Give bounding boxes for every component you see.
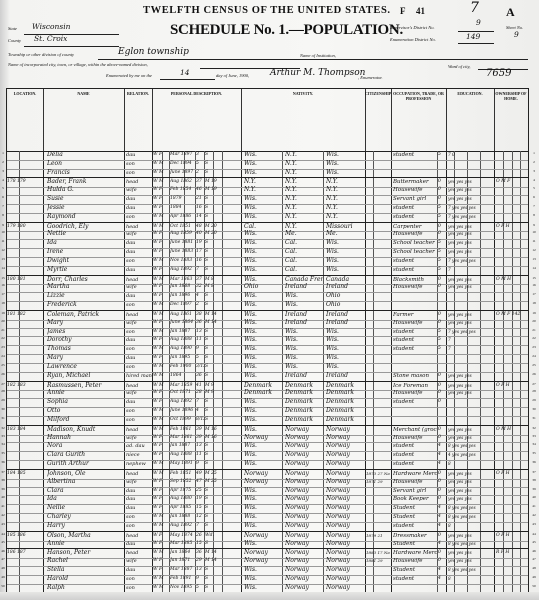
marital-status: M 19 bbox=[205, 186, 222, 194]
person-name: Nettie bbox=[47, 230, 123, 238]
education: 8 bbox=[448, 575, 494, 583]
home-ownership bbox=[496, 160, 528, 168]
line-number-right: 11 bbox=[530, 239, 538, 243]
birthplace: Wis. bbox=[244, 319, 282, 327]
birth-date: Apr 1875 bbox=[170, 487, 195, 495]
dwelling-number bbox=[7, 522, 43, 530]
education: 7 0 bbox=[448, 151, 494, 159]
line-number: 14 bbox=[0, 266, 7, 270]
immigration bbox=[366, 151, 391, 159]
immigration bbox=[366, 584, 391, 592]
father-birthplace: N.Y. bbox=[285, 204, 323, 212]
birth-date: June 1896 bbox=[170, 407, 195, 415]
line-number: 37 bbox=[0, 470, 7, 474]
person-name: Dwight bbox=[47, 257, 123, 265]
birthplace: Wis. bbox=[244, 266, 282, 274]
line-number-right: 37 bbox=[530, 470, 538, 474]
education: 8 bbox=[448, 460, 494, 468]
father-birthplace: Wis. bbox=[285, 345, 323, 353]
age: 9 bbox=[196, 460, 204, 468]
line-number-right: 28 bbox=[530, 389, 538, 393]
immigration bbox=[366, 460, 391, 468]
institution-label: Name of Institution, bbox=[300, 53, 336, 58]
months-unemployed: 5 bbox=[438, 151, 446, 159]
line-number: 17 bbox=[0, 292, 7, 296]
marital-status: M 8 bbox=[205, 283, 222, 291]
sex-race: W F bbox=[153, 434, 169, 442]
line-number: 22 bbox=[0, 336, 7, 340]
immigration bbox=[366, 230, 391, 238]
mother-birthplace: Ireland bbox=[326, 319, 365, 327]
marital-status: S bbox=[205, 495, 222, 503]
father-birthplace: N.Y. bbox=[285, 213, 323, 221]
home-ownership bbox=[496, 495, 528, 503]
dwelling-number bbox=[7, 372, 43, 380]
home-ownership bbox=[496, 407, 528, 415]
education bbox=[448, 169, 494, 177]
sex-race: W M bbox=[153, 513, 169, 521]
occupation: student bbox=[393, 257, 437, 265]
mother-birthplace: Norway bbox=[326, 504, 365, 512]
dwelling-number bbox=[7, 283, 43, 291]
relation: dau bbox=[126, 487, 152, 495]
age: 36 bbox=[196, 319, 204, 327]
occupation: student bbox=[393, 345, 437, 353]
person-name: Frederick bbox=[47, 301, 123, 309]
mother-birthplace: Denmark bbox=[326, 407, 365, 415]
months-unemployed bbox=[438, 407, 446, 415]
age: 13 bbox=[196, 442, 204, 450]
education bbox=[448, 292, 494, 300]
marital-status: S bbox=[205, 328, 222, 336]
occupation: student bbox=[393, 204, 437, 212]
mother-birthplace: Wis. bbox=[326, 248, 365, 256]
occupation: student bbox=[393, 460, 437, 468]
relation: wife bbox=[126, 186, 152, 194]
line-number: 15 bbox=[0, 276, 7, 280]
line-number-right: 46 bbox=[530, 549, 538, 553]
person-name: Martha bbox=[47, 283, 123, 291]
county-label: County bbox=[8, 38, 21, 43]
home-ownership bbox=[496, 566, 528, 574]
birthplace: Wis. bbox=[244, 416, 282, 424]
census-page: TWELFTH CENSUS OF THE UNITED STATES. F 4… bbox=[0, 0, 539, 600]
home-ownership bbox=[496, 398, 528, 406]
line-number-right: 15 bbox=[530, 276, 538, 280]
age: 15 bbox=[196, 540, 204, 548]
enumerator-name: Arthur M. Thompson bbox=[270, 68, 365, 78]
sex-race: W F bbox=[153, 487, 169, 495]
months-unemployed: 4 bbox=[438, 451, 446, 459]
supervisor-label: Supervisor's District No. bbox=[390, 25, 435, 30]
birth-date: June 1864 bbox=[170, 319, 195, 327]
education bbox=[448, 160, 494, 168]
immigration bbox=[366, 336, 391, 344]
occupation: Housewife bbox=[393, 434, 437, 442]
age: 4 bbox=[196, 407, 204, 415]
person-name: Thomas bbox=[47, 345, 123, 353]
line-number: 38 bbox=[0, 478, 7, 482]
line-number-right: 38 bbox=[530, 478, 538, 482]
education bbox=[448, 354, 494, 362]
occupation: Servant girl bbox=[393, 195, 437, 203]
marital-status: S bbox=[205, 292, 222, 300]
line-number: 13 bbox=[0, 257, 7, 261]
months-unemployed: 5 bbox=[438, 328, 446, 336]
line-number-right: 21 bbox=[530, 328, 538, 332]
marital-status: M 20 bbox=[205, 230, 222, 238]
relation: wife bbox=[126, 557, 152, 565]
mother-birthplace: Norway bbox=[326, 442, 365, 450]
birth-date: Sep 1852 bbox=[170, 478, 195, 486]
birth-date: Feb 1900 bbox=[170, 363, 195, 371]
marital-status: S bbox=[205, 169, 222, 177]
marital-status: S bbox=[205, 248, 222, 256]
dwelling-number bbox=[7, 442, 43, 450]
months-unemployed: 0 bbox=[438, 487, 446, 495]
line-number: 2 bbox=[0, 160, 7, 164]
months-unemployed bbox=[438, 416, 446, 424]
education: yes yes yes bbox=[448, 434, 494, 442]
father-birthplace: Wis. bbox=[285, 336, 323, 344]
father-birthplace: Denmark bbox=[285, 407, 323, 415]
line-number: 10 bbox=[0, 230, 7, 234]
immigration bbox=[366, 389, 391, 397]
months-unemployed bbox=[438, 301, 446, 309]
marital-status: S bbox=[205, 584, 222, 592]
father-birthplace: Norway bbox=[285, 540, 323, 548]
line-number-right: 22 bbox=[530, 336, 538, 340]
line-number-right: 13 bbox=[530, 257, 538, 261]
father-birthplace: Denmark bbox=[285, 416, 323, 424]
father-birthplace: Cal. bbox=[285, 239, 323, 247]
home-ownership bbox=[496, 575, 528, 583]
education: 7 bbox=[448, 345, 494, 353]
person-name: Ida bbox=[47, 239, 123, 247]
birthplace: Wis. bbox=[244, 504, 282, 512]
person-name: Milford bbox=[47, 416, 123, 424]
county-value: St. Croix bbox=[34, 34, 67, 43]
handwritten-page-number: 7 bbox=[470, 0, 479, 16]
city-label: Name of incorporated city, town, or vill… bbox=[8, 62, 148, 67]
months-unemployed: 4 bbox=[438, 575, 446, 583]
age: 17 bbox=[196, 248, 204, 256]
home-ownership bbox=[496, 195, 528, 203]
father-birthplace: Norway bbox=[285, 513, 323, 521]
marital-status: S bbox=[205, 204, 222, 212]
birth-date: Apr 1886 bbox=[170, 213, 195, 221]
birthplace: Wis. bbox=[244, 248, 282, 256]
age: 4 bbox=[196, 292, 204, 300]
relation: dau bbox=[126, 495, 152, 503]
line-number: 25 bbox=[0, 363, 7, 367]
father-birthplace: Norway bbox=[285, 495, 323, 503]
home-ownership bbox=[496, 213, 528, 221]
sex-race: W F bbox=[153, 398, 169, 406]
sex-race: W F bbox=[153, 292, 169, 300]
line-number-right: 32 bbox=[530, 426, 538, 430]
sex-race: W F bbox=[153, 195, 169, 203]
immigration bbox=[366, 363, 391, 371]
mother-birthplace: Denmark bbox=[326, 389, 365, 397]
education: 7 yes yes yes bbox=[448, 328, 494, 336]
father-birthplace: Cal. bbox=[285, 248, 323, 256]
occupation: student bbox=[393, 451, 437, 459]
months-unemployed: 5 bbox=[438, 345, 446, 353]
occupation: student bbox=[393, 151, 437, 159]
line-number: 49 bbox=[0, 575, 7, 579]
birthplace: Wis. bbox=[244, 160, 282, 168]
education: yes yes yes bbox=[448, 186, 494, 194]
immigration bbox=[366, 213, 391, 221]
home-ownership bbox=[496, 416, 528, 424]
line-number-right: 41 bbox=[530, 504, 538, 508]
marital-status: S bbox=[205, 372, 222, 380]
relation: dau bbox=[126, 336, 152, 344]
line-number-right: 19 bbox=[530, 311, 538, 315]
home-ownership bbox=[496, 186, 528, 194]
months-unemployed: 4 bbox=[438, 442, 446, 450]
months-unemployed: 5 bbox=[438, 239, 446, 247]
birth-date: Mar 1885 bbox=[170, 540, 195, 548]
marital-status: S bbox=[205, 522, 222, 530]
sheet-number: 9 bbox=[514, 30, 519, 39]
line-number: 12 bbox=[0, 248, 7, 252]
home-ownership bbox=[496, 478, 528, 486]
line-number-right: 35 bbox=[530, 451, 538, 455]
sex-race: W M bbox=[153, 522, 169, 530]
immigration bbox=[366, 239, 391, 247]
sex-race: W M bbox=[153, 407, 169, 415]
education: 4 yes yes yes bbox=[448, 451, 494, 459]
birthplace: Wis. bbox=[244, 398, 282, 406]
mother-birthplace: Denmark bbox=[326, 416, 365, 424]
dwelling-number bbox=[7, 160, 43, 168]
education: yes yes yes bbox=[448, 389, 494, 397]
age: 29 bbox=[196, 557, 204, 565]
immigration bbox=[366, 372, 391, 380]
page-edge bbox=[0, 592, 539, 600]
age: 19 bbox=[196, 239, 204, 247]
father-birthplace: Norway bbox=[285, 434, 323, 442]
line-number: 24 bbox=[0, 354, 7, 358]
immigration bbox=[366, 257, 391, 265]
line-number-right: 3 bbox=[530, 169, 538, 173]
sex-race: W F bbox=[153, 336, 169, 344]
township-value: Eglon township bbox=[118, 47, 189, 57]
line-number-right: 17 bbox=[530, 292, 538, 296]
mother-birthplace: Ireland bbox=[326, 283, 365, 291]
person-name: Lawrence bbox=[47, 363, 123, 371]
line-number: 8 bbox=[0, 213, 7, 217]
relation: son bbox=[126, 363, 152, 371]
relation: dau bbox=[126, 151, 152, 159]
occupation bbox=[393, 354, 437, 362]
marital-status: S bbox=[205, 442, 222, 450]
mother-birthplace: Wis. bbox=[326, 363, 365, 371]
home-ownership bbox=[496, 336, 528, 344]
immigration bbox=[366, 522, 391, 530]
home-ownership bbox=[496, 389, 528, 397]
relation: dau bbox=[126, 195, 152, 203]
birthplace: Wis. bbox=[244, 151, 282, 159]
birthplace: Wis. bbox=[244, 487, 282, 495]
birthplace: Wis. bbox=[244, 495, 282, 503]
father-birthplace: Ireland bbox=[285, 372, 323, 380]
home-ownership bbox=[496, 319, 528, 327]
mother-birthplace: Wis. bbox=[326, 266, 365, 274]
sex-race: W F bbox=[153, 495, 169, 503]
sex-race: W M bbox=[153, 460, 169, 468]
line-number: 1 bbox=[0, 151, 7, 155]
occupation bbox=[393, 407, 437, 415]
dwelling-number bbox=[7, 495, 43, 503]
father-birthplace: N.Y. bbox=[285, 151, 323, 159]
home-ownership bbox=[496, 522, 528, 530]
months-unemployed: 4 bbox=[438, 566, 446, 574]
marital-status: S bbox=[205, 451, 222, 459]
immigration bbox=[366, 575, 391, 583]
enumerator-label: , Enumerator. bbox=[358, 75, 383, 80]
mother-birthplace: Norway bbox=[326, 451, 365, 459]
line-number: 39 bbox=[0, 487, 7, 491]
immigration bbox=[366, 301, 391, 309]
age: 5 bbox=[196, 160, 204, 168]
line-number: 3 bbox=[0, 169, 7, 173]
line-number: 41 bbox=[0, 504, 7, 508]
age: 2 bbox=[196, 169, 204, 177]
education: 8 yes yes yes bbox=[448, 504, 494, 512]
sex-race: W F bbox=[153, 266, 169, 274]
mother-birthplace: Ireland bbox=[326, 372, 365, 380]
father-birthplace: Norway bbox=[285, 522, 323, 530]
age: 21 bbox=[196, 195, 204, 203]
sex-race: W M bbox=[153, 169, 169, 177]
township-label: Township or other division of county bbox=[8, 52, 74, 57]
sex-race: W F bbox=[153, 186, 169, 194]
line-number-right: 10 bbox=[530, 230, 538, 234]
marital-status: S bbox=[205, 363, 222, 371]
months-unemployed bbox=[438, 363, 446, 371]
occupation: Stone mason bbox=[393, 372, 437, 380]
person-name: Myrtle bbox=[47, 266, 123, 274]
occupation bbox=[393, 416, 437, 424]
birth-date: June 1883 bbox=[170, 248, 195, 256]
education: yes yes yes bbox=[448, 319, 494, 327]
immigration bbox=[366, 540, 391, 548]
birth-date: Jan 1868 bbox=[170, 283, 195, 291]
months-unemployed: 5 bbox=[438, 266, 446, 274]
mother-birthplace: Norway bbox=[326, 478, 365, 486]
marital-status: S bbox=[205, 301, 222, 309]
occupation: student bbox=[393, 328, 437, 336]
sex-race: W M bbox=[153, 584, 169, 592]
home-ownership bbox=[496, 204, 528, 212]
birthplace: Wis. bbox=[244, 328, 282, 336]
marital-status: S bbox=[205, 416, 222, 424]
education: 8 yes yes yes bbox=[448, 442, 494, 450]
person-name: Annie bbox=[47, 389, 123, 397]
occupation: Student bbox=[393, 504, 437, 512]
line-number: 21 bbox=[0, 328, 7, 332]
dwelling-number bbox=[7, 230, 43, 238]
dwelling-number bbox=[7, 248, 43, 256]
marital-status: S bbox=[205, 566, 222, 574]
relation: wife bbox=[126, 478, 152, 486]
birth-date: Oct 1871 bbox=[170, 389, 195, 397]
father-birthplace: Wis. bbox=[285, 292, 323, 300]
form-mark: F bbox=[400, 6, 406, 16]
relation: dau bbox=[126, 292, 152, 300]
months-unemployed: 0 bbox=[438, 195, 446, 203]
col-occupation: OCCUPATION, TRADE, OR PROFESSION bbox=[391, 89, 447, 151]
immigration bbox=[366, 248, 391, 256]
birth-date: June 1897 bbox=[170, 169, 195, 177]
relation: dau bbox=[126, 398, 152, 406]
relation: dau bbox=[126, 204, 152, 212]
occupation: student bbox=[393, 522, 437, 530]
months-unemployed: 4 bbox=[438, 540, 446, 548]
enumerated-day: 14 bbox=[180, 68, 190, 77]
person-name: Harold bbox=[47, 575, 123, 583]
home-ownership bbox=[496, 230, 528, 238]
sex-race: W F bbox=[153, 504, 169, 512]
birth-date: Mar 1861 bbox=[170, 434, 195, 442]
months-unemployed: 0 bbox=[438, 230, 446, 238]
father-birthplace: Me. bbox=[285, 230, 323, 238]
education: yes yes yes bbox=[448, 230, 494, 238]
father-birthplace: Norway bbox=[285, 451, 323, 459]
sex-race: W M bbox=[153, 213, 169, 221]
person-name: Leon bbox=[47, 160, 123, 168]
education: 7 yes yes yes bbox=[448, 257, 494, 265]
line-number: 11 bbox=[0, 239, 7, 243]
education: 8 yes yes yes bbox=[448, 513, 494, 521]
birth-date: Mar 1897 bbox=[170, 151, 195, 159]
birthplace: Wis. bbox=[244, 301, 282, 309]
birth-date: Dec 1894 bbox=[170, 160, 195, 168]
line-number-right: 5 bbox=[530, 186, 538, 190]
birthplace: Wis. bbox=[244, 522, 282, 530]
mother-birthplace: Wis. bbox=[326, 257, 365, 265]
relation: nephew bbox=[126, 460, 152, 468]
marital-status: S bbox=[205, 160, 222, 168]
line-number: 27 bbox=[0, 382, 7, 386]
occupation: Book Keeper bbox=[393, 495, 437, 503]
birthplace: Wis. bbox=[244, 575, 282, 583]
relation: son bbox=[126, 575, 152, 583]
dwelling-number bbox=[7, 460, 43, 468]
relation: son bbox=[126, 407, 152, 415]
person-name: Ralph bbox=[47, 584, 123, 592]
birthplace: Wis. bbox=[244, 584, 282, 592]
person-name: James bbox=[47, 328, 123, 336]
birth-date: Jan 1887 bbox=[170, 328, 195, 336]
relation: dau bbox=[126, 248, 152, 256]
mother-birthplace: Norway bbox=[326, 487, 365, 495]
line-number-right: 36 bbox=[530, 460, 538, 464]
home-ownership bbox=[496, 460, 528, 468]
dwelling-number bbox=[7, 540, 43, 548]
age: 7 bbox=[196, 266, 204, 274]
dwelling-number bbox=[7, 195, 43, 203]
birth-date: Aug 1888 bbox=[170, 336, 195, 344]
birthplace: Wis. bbox=[244, 292, 282, 300]
birth-date: Aug 1880 bbox=[170, 495, 195, 503]
father-birthplace: Norway bbox=[285, 442, 323, 450]
line-number-right: 23 bbox=[530, 345, 538, 349]
immigration bbox=[366, 266, 391, 274]
